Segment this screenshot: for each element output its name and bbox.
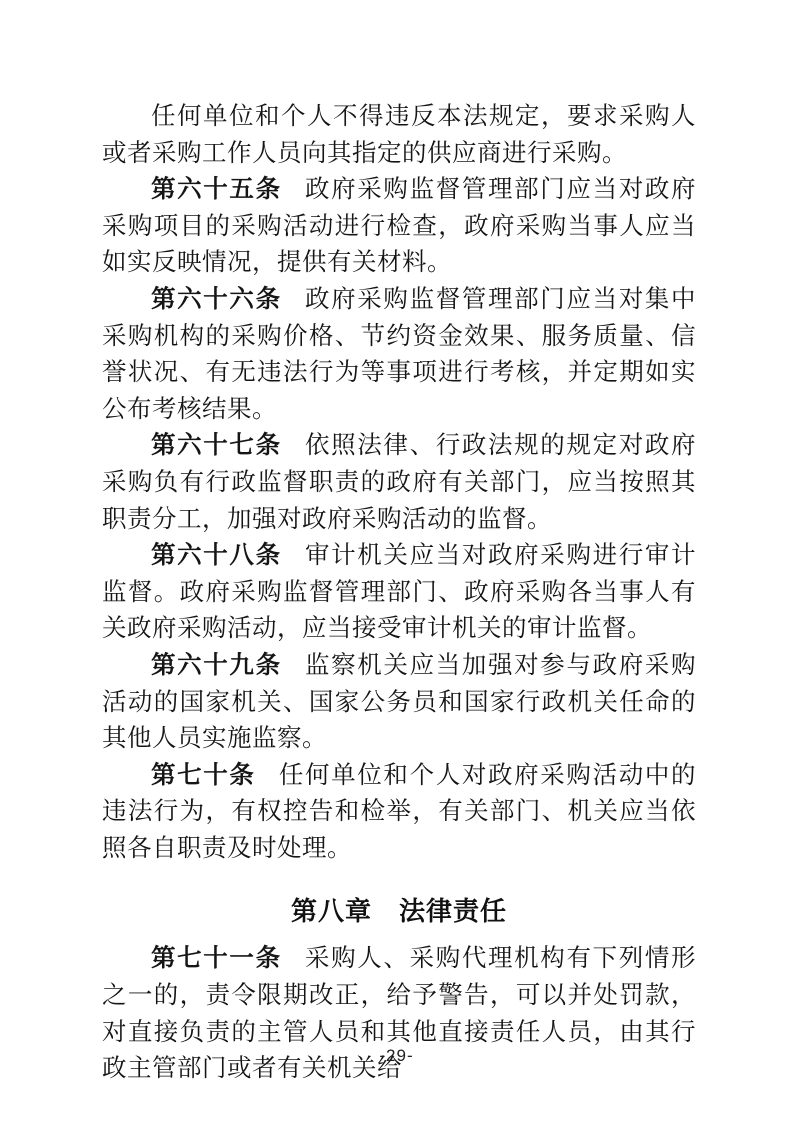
page-number: -29- xyxy=(0,1046,793,1066)
article-number: 第六十五条 xyxy=(151,176,305,203)
law-paragraph: 第六十五条政府采购监督管理部门应当对政府采购项目的采购活动进行检查，政府采购当事… xyxy=(102,172,696,282)
law-paragraph: 第六十六条政府采购监督管理部门应当对集中采购机构的采购价格、节约资金效果、服务质… xyxy=(102,282,696,428)
chapter-heading: 第八章 法律责任 xyxy=(102,893,696,929)
law-paragraph: 任何单位和个人不得违反本法规定，要求采购人或者采购工作人员向其指定的供应商进行采… xyxy=(102,99,696,172)
law-paragraph: 第六十九条监察机关应当加强对参与政府采购活动的国家机关、国家公务员和国家行政机关… xyxy=(102,648,696,758)
paragraph-text: 任何单位和个人不得违反本法规定，要求采购人或者采购工作人员向其指定的供应商进行采… xyxy=(102,103,696,167)
article-number: 第七十条 xyxy=(151,762,279,789)
article-number: 第七十一条 xyxy=(151,945,305,972)
article-number: 第六十八条 xyxy=(151,542,305,569)
article-number: 第六十六条 xyxy=(151,286,305,313)
document-page: 任何单位和个人不得违反本法规定，要求采购人或者采购工作人员向其指定的供应商进行采… xyxy=(0,0,793,1122)
law-paragraph: 第六十八条审计机关应当对政府采购进行审计监督。政府采购监督管理部门、政府采购各当… xyxy=(102,538,696,648)
law-paragraph: 第七十条任何单位和个人对政府采购活动中的违法行为，有权控告和检举，有关部门、机关… xyxy=(102,758,696,868)
law-paragraph: 第六十七条依照法律、行政法规的规定对政府采购负有行政监督职责的政府有关部门，应当… xyxy=(102,428,696,538)
article-number: 第六十七条 xyxy=(151,432,305,459)
document-body: 任何单位和个人不得违反本法规定，要求采购人或者采购工作人员向其指定的供应商进行采… xyxy=(102,99,696,1088)
article-number: 第六十九条 xyxy=(151,652,305,679)
